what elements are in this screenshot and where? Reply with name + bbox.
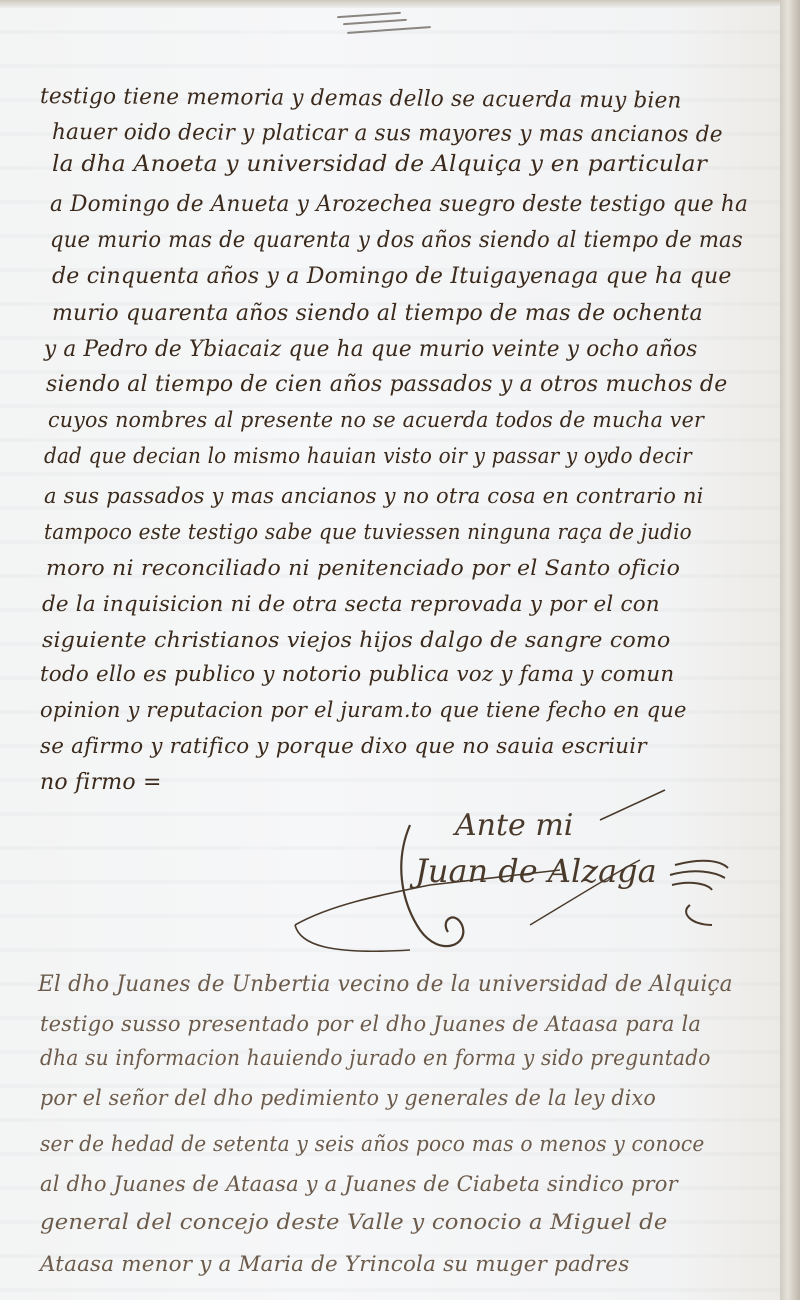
text-line: por el señor del dho pedimiento y genera… bbox=[40, 1086, 656, 1110]
text-line: Ataasa menor y a Maria de Yrincola su mu… bbox=[40, 1252, 629, 1276]
text-line: general del concejo deste Valle y conoci… bbox=[40, 1210, 668, 1234]
text-line: testigo susso presentado por el dho Juan… bbox=[40, 1012, 701, 1036]
text-line: ser de hedad de setenta y seis años poco… bbox=[40, 1132, 704, 1156]
text-line: al dho Juanes de Ataasa y a Juanes de Ci… bbox=[40, 1172, 678, 1196]
page-binding-edge bbox=[780, 0, 800, 1300]
text-line: dha su informacion hauiendo jurado en fo… bbox=[40, 1046, 711, 1070]
manuscript-page: testigo tiene memoria y demas dello se a… bbox=[0, 0, 784, 1300]
text-line: El dho Juanes de Unbertia vecino de la u… bbox=[38, 972, 733, 997]
